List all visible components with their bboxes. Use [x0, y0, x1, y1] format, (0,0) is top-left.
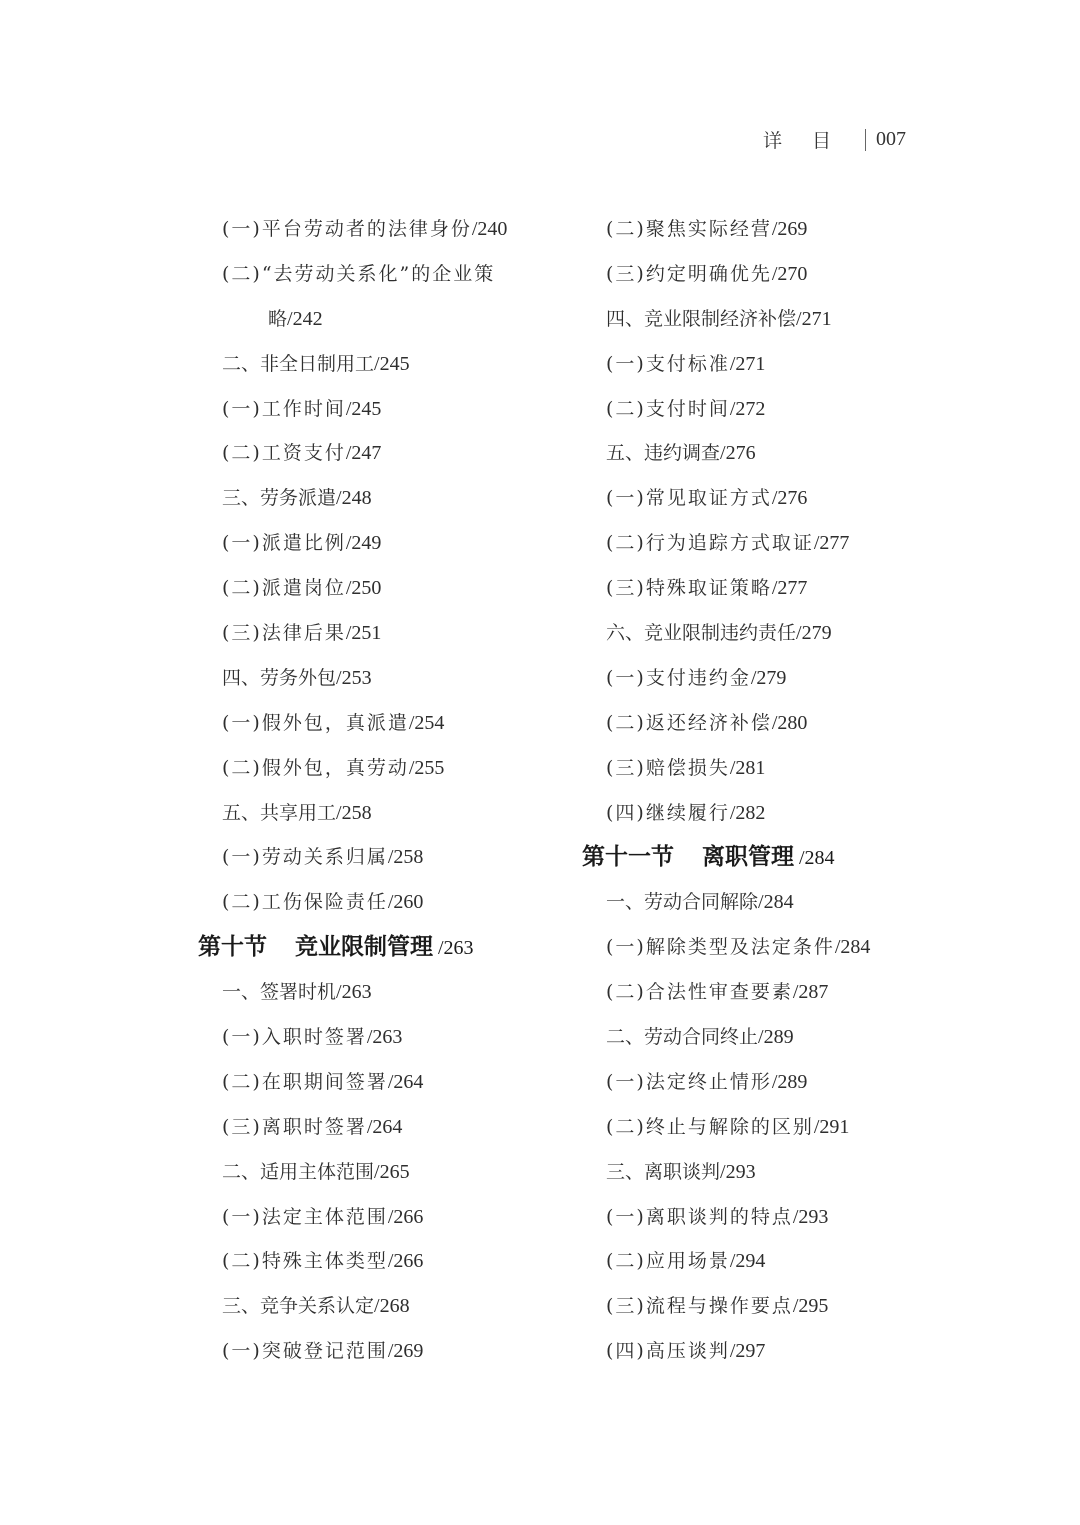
toc-entry: (二)工伤保险责任/260	[198, 880, 568, 925]
toc-entry: (一)工作时间/245	[198, 387, 568, 432]
toc-entry: (一)法定主体范围/266	[198, 1195, 568, 1240]
toc-entry: (二)在职期间签署/264	[198, 1060, 568, 1105]
header-divider	[865, 129, 866, 151]
entry-title: (三)法律后果	[222, 622, 346, 644]
entry-page-ref: /248	[336, 487, 372, 509]
toc-entry: (二)“去劳动关系化”的企业策	[198, 252, 568, 297]
entry-title: (二)特殊主体类型	[222, 1250, 388, 1272]
entry-title: (二)返还经济补偿	[606, 712, 772, 734]
entry-title: 竞业限制管理	[295, 933, 433, 960]
entry-title: (一)假外包，真派遣	[222, 712, 409, 734]
entry-page-ref: /269	[772, 218, 808, 240]
toc-entry: (一)离职谈判的特点/293	[582, 1195, 962, 1240]
entry-page-ref: /271	[730, 353, 766, 375]
section-number: 第十一节	[582, 843, 674, 870]
toc-entry: 略/242	[198, 297, 568, 342]
entry-title: 二、适用主体范围	[222, 1161, 374, 1183]
entry-title: (二)假外包，真劳动	[222, 757, 409, 779]
entry-title: 五、共享用工	[222, 802, 336, 824]
entry-title: (二)终止与解除的区别	[606, 1116, 814, 1138]
toc-entry: (三)约定明确优先/270	[582, 252, 962, 297]
entry-title: 三、竞争关系认定	[222, 1295, 374, 1317]
entry-title: (二)在职期间签署	[222, 1071, 388, 1093]
toc-entry: 二、非全日制用工/245	[198, 342, 568, 387]
toc-entry: (一)假外包，真派遣/254	[198, 701, 568, 746]
entry-title: (二)工资支付	[222, 442, 346, 464]
entry-page-ref: /254	[409, 712, 445, 734]
page-number: 007	[876, 128, 906, 151]
entry-page-ref: /255	[409, 757, 445, 779]
toc-entry: 四、竞业限制经济补偿/271	[582, 297, 962, 342]
entry-page-ref: /268	[374, 1295, 410, 1317]
entry-title: (一)法定终止情形	[606, 1071, 772, 1093]
toc-entry: 五、违约调查/276	[582, 431, 962, 476]
toc-entry: (三)离职时签署/264	[198, 1105, 568, 1150]
entry-title: (三)约定明确优先	[606, 263, 772, 285]
toc-entry: 三、离职谈判/293	[582, 1150, 962, 1195]
toc-entry: (二)假外包，真劳动/255	[198, 746, 568, 791]
entry-title: 一、签署时机	[222, 981, 336, 1003]
entry-title: 四、劳务外包	[222, 667, 336, 689]
entry-page-ref: /277	[814, 532, 850, 554]
entry-title: (二)聚焦实际经营	[606, 218, 772, 240]
toc-entry: (四)高压谈判/297	[582, 1329, 962, 1374]
entry-title: 三、离职谈判	[606, 1161, 720, 1183]
toc-entry: (二)返还经济补偿/280	[582, 701, 962, 746]
entry-page-ref: /249	[346, 532, 382, 554]
toc-entry: (二)工资支付/247	[198, 431, 568, 476]
toc-entry: 三、劳务派遣/248	[198, 476, 568, 521]
entry-title: (一)突破登记范围	[222, 1340, 388, 1362]
entry-page-ref: /276	[772, 487, 808, 509]
entry-page-ref: /258	[388, 846, 424, 868]
entry-page-ref: /263	[433, 937, 474, 959]
entry-title: 离职管理	[702, 843, 794, 870]
entry-page-ref: /272	[730, 398, 766, 420]
entry-page-ref: /264	[388, 1071, 424, 1093]
entry-title: (三)流程与操作要点	[606, 1295, 793, 1317]
entry-page-ref: /247	[346, 442, 382, 464]
entry-title: (四)高压谈判	[606, 1340, 730, 1362]
toc-entry: 五、共享用工/258	[198, 791, 568, 836]
entry-page-ref: /253	[336, 667, 372, 689]
entry-title: (一)平台劳动者的法律身份	[222, 218, 472, 240]
entry-page-ref: /279	[796, 622, 832, 644]
toc-entry: (三)特殊取证策略/277	[582, 566, 962, 611]
header-label: 详目	[763, 126, 861, 153]
toc-entry: (二)行为追踪方式取证/277	[582, 521, 962, 566]
toc-entry: (三)法律后果/251	[198, 611, 568, 656]
toc-section-heading: 第十一节离职管理 /284	[582, 835, 962, 880]
entry-title: (一)劳动关系归属	[222, 846, 388, 868]
entry-page-ref: /271	[796, 308, 832, 330]
entry-page-ref: /250	[346, 577, 382, 599]
toc-entry: 四、劳务外包/253	[198, 656, 568, 701]
toc-entry: (二)支付时间/272	[582, 387, 962, 432]
entry-page-ref: /280	[772, 712, 808, 734]
toc-left-column: (一)平台劳动者的法律身份/240(二)“去劳动关系化”的企业策略/242二、非…	[198, 207, 568, 1374]
entry-page-ref: /263	[336, 981, 372, 1003]
toc-entry: (一)法定终止情形/289	[582, 1060, 962, 1105]
entry-page-ref: /282	[730, 802, 766, 824]
toc-entry: 一、劳动合同解除/284	[582, 880, 962, 925]
entry-title: (一)支付标准	[606, 353, 730, 375]
entry-page-ref: /297	[730, 1340, 766, 1362]
entry-title: 一、劳动合同解除	[606, 891, 758, 913]
section-number: 第十节	[198, 933, 267, 960]
entry-title: (一)离职谈判的特点	[606, 1206, 793, 1228]
entry-page-ref: /263	[367, 1026, 403, 1048]
entry-title: (一)支付违约金	[606, 667, 751, 689]
toc-entry: (三)赔偿损失/281	[582, 746, 962, 791]
entry-page-ref: /293	[720, 1161, 756, 1183]
entry-page-ref: /284	[758, 891, 794, 913]
entry-page-ref: /284	[835, 936, 871, 958]
entry-page-ref: /266	[388, 1206, 424, 1228]
entry-page-ref: /295	[793, 1295, 829, 1317]
entry-title: 六、竞业限制违约责任	[606, 622, 796, 644]
toc-right-column: (二)聚焦实际经营/269(三)约定明确优先/270四、竞业限制经济补偿/271…	[582, 207, 962, 1374]
entry-page-ref: /281	[730, 757, 766, 779]
entry-title: (四)继续履行	[606, 802, 730, 824]
toc-entry: (一)派遣比例/249	[198, 521, 568, 566]
entry-title: (一)工作时间	[222, 398, 346, 420]
entry-title: (三)赔偿损失	[606, 757, 730, 779]
entry-page-ref: /240	[472, 218, 508, 240]
entry-page-ref: /266	[388, 1250, 424, 1272]
entry-title: (二)工伤保险责任	[222, 891, 388, 913]
toc-entry: (二)合法性审查要素/287	[582, 970, 962, 1015]
toc-entry: 二、适用主体范围/265	[198, 1150, 568, 1195]
entry-page-ref: /251	[346, 622, 382, 644]
entry-page-ref: /279	[751, 667, 787, 689]
toc-entry: (二)派遣岗位/250	[198, 566, 568, 611]
entry-page-ref: /245	[374, 353, 410, 375]
entry-title: (三)特殊取证策略	[606, 577, 772, 599]
entry-page-ref: /265	[374, 1161, 410, 1183]
entry-page-ref: /284	[794, 847, 835, 869]
entry-page-ref: /276	[720, 442, 756, 464]
entry-page-ref: /287	[793, 981, 829, 1003]
toc-entry: (一)劳动关系归属/258	[198, 835, 568, 880]
toc-entry: (一)解除类型及法定条件/284	[582, 925, 962, 970]
entry-page-ref: /291	[814, 1116, 850, 1138]
entry-title: (三)离职时签署	[222, 1116, 367, 1138]
entry-title: (一)解除类型及法定条件	[606, 936, 835, 958]
toc-entry: (一)支付违约金/279	[582, 656, 962, 701]
entry-page-ref: /264	[367, 1116, 403, 1138]
toc-entry: (二)特殊主体类型/266	[198, 1239, 568, 1284]
toc-entry: (三)流程与操作要点/295	[582, 1284, 962, 1329]
entry-title: (一)入职时签署	[222, 1026, 367, 1048]
entry-title: 二、劳动合同终止	[606, 1026, 758, 1048]
entry-page-ref: /277	[772, 577, 808, 599]
entry-title: 二、非全日制用工	[222, 353, 374, 375]
toc-entry: (一)入职时签署/263	[198, 1015, 568, 1060]
toc-entry: (一)突破登记范围/269	[198, 1329, 568, 1374]
toc-entry: (四)继续履行/282	[582, 791, 962, 836]
toc-entry: 六、竞业限制违约责任/279	[582, 611, 962, 656]
running-header: 详目 007	[763, 126, 906, 153]
toc-entry: 一、签署时机/263	[198, 970, 568, 1015]
toc-entry: (一)常见取证方式/276	[582, 476, 962, 521]
entry-page-ref: /245	[346, 398, 382, 420]
entry-title: (二)行为追踪方式取证	[606, 532, 814, 554]
entry-page-ref: /242	[287, 308, 323, 330]
entry-page-ref: /289	[758, 1026, 794, 1048]
entry-title: (一)派遣比例	[222, 532, 346, 554]
entry-page-ref: /293	[793, 1206, 829, 1228]
entry-title: (二)“去劳动关系化”的企业策	[222, 263, 495, 285]
entry-page-ref: /269	[388, 1340, 424, 1362]
entry-title: (二)应用场景	[606, 1250, 730, 1272]
entry-title: (一)常见取证方式	[606, 487, 772, 509]
entry-title: (一)法定主体范围	[222, 1206, 388, 1228]
entry-page-ref: /289	[772, 1071, 808, 1093]
entry-title: (二)派遣岗位	[222, 577, 346, 599]
toc-entry: (一)支付标准/271	[582, 342, 962, 387]
entry-title: 五、违约调查	[606, 442, 720, 464]
entry-title: 三、劳务派遣	[222, 487, 336, 509]
toc-entry: 三、竞争关系认定/268	[198, 1284, 568, 1329]
toc-entry: (二)终止与解除的区别/291	[582, 1105, 962, 1150]
toc-entry: (二)聚焦实际经营/269	[582, 207, 962, 252]
entry-page-ref: /294	[730, 1250, 766, 1272]
entry-title: 四、竞业限制经济补偿	[606, 308, 796, 330]
entry-page-ref: /270	[772, 263, 808, 285]
entry-title: (二)合法性审查要素	[606, 981, 793, 1003]
toc-entry: (一)平台劳动者的法律身份/240	[198, 207, 568, 252]
entry-title: (二)支付时间	[606, 398, 730, 420]
entry-page-ref: /258	[336, 802, 372, 824]
toc-entry: (二)应用场景/294	[582, 1239, 962, 1284]
toc-section-heading: 第十节竞业限制管理 /263	[198, 925, 568, 970]
entry-page-ref: /260	[388, 891, 424, 913]
toc-entry: 二、劳动合同终止/289	[582, 1015, 962, 1060]
entry-title: 略	[268, 308, 287, 330]
